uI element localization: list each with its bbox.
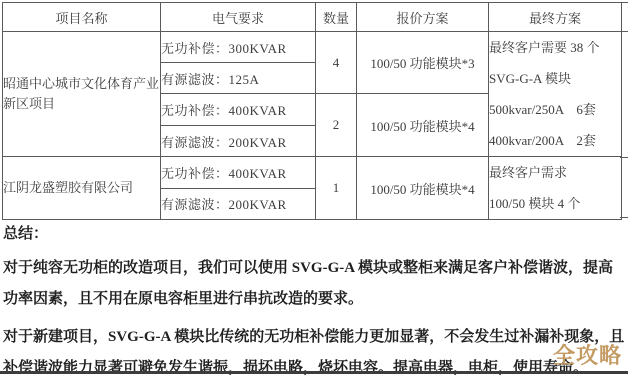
summary-paragraph-retrofit: 对于纯容无功柜的改造项目，我们可以使用 SVG-G-A 模块或整柜来满足客户补偿… [3, 253, 625, 314]
border-stub [620, 2, 628, 3]
border-stub [620, 31, 628, 32]
final-plan-line: SVG-G-A 模块 [489, 63, 621, 94]
project1-req1-line1: 无功补偿：300KVAR [161, 32, 316, 63]
project1-group2-qty: 2 [316, 94, 357, 157]
summary-section: 总结： 对于纯容无功柜的改造项目，我们可以使用 SVG-G-A 模块或整柜来满足… [3, 224, 625, 375]
project-quote-table: 项目名称 电气要求 数量 报价方案 最终方案 昭通中心城市文化体育产业新区项目 … [2, 2, 622, 220]
project2-name-cell: 江阴龙盛塑胶有限公司 [3, 157, 161, 220]
project1-req2-line1: 无功补偿：400KVAR [161, 94, 316, 126]
bottom-divider [0, 371, 628, 374]
final-plan-line: 500kvar/250A 6套 [489, 94, 621, 125]
project2-req-line1: 无功补偿：400KVAR [161, 157, 316, 189]
project2-req-line2: 有源滤波：200KVAR [161, 188, 316, 220]
header-quantity: 数量 [316, 3, 357, 32]
project2-qty: 1 [316, 157, 357, 220]
project1-group1-qty: 4 [316, 32, 357, 94]
border-stub [620, 157, 628, 158]
table-row: 昭通中心城市文化体育产业新区项目 无功补偿：300KVAR 4 100/50 功… [3, 32, 622, 63]
table-header-row: 项目名称 电气要求 数量 报价方案 最终方案 [3, 3, 622, 32]
final-plan-line: 100/50 模块 4 个 [489, 188, 621, 219]
summary-title: 总结： [3, 224, 625, 245]
header-final-plan: 最终方案 [489, 3, 622, 32]
project2-quote: 100/50 功能模块*4 [357, 157, 489, 220]
header-quote-plan: 报价方案 [357, 3, 489, 32]
project1-group2-quote: 100/50 功能模块*4 [357, 94, 489, 157]
watermark-logo: 全攻略 [553, 339, 622, 370]
summary-paragraph-newbuild: 对于新建项目，SVG-G-A 模块比传统的无功柜补偿能力更加显著，不会发生过补漏… [3, 322, 625, 375]
final-plan-line: 最终客户需要 38 个 [489, 32, 621, 63]
project2-final-cell: 最终客户需求 100/50 模块 4 个 [489, 157, 622, 220]
final-plan-line: 400kvar/200A 2套 [489, 125, 621, 156]
project1-req1-line2: 有源滤波：125A [161, 63, 316, 94]
project1-final-cell: 最终客户需要 38 个 SVG-G-A 模块 500kvar/250A 6套 4… [489, 32, 622, 157]
header-project-name: 项目名称 [3, 3, 161, 32]
table-row: 江阴龙盛塑胶有限公司 无功补偿：400KVAR 1 100/50 功能模块*4 … [3, 157, 622, 189]
project1-name-cell: 昭通中心城市文化体育产业新区项目 [3, 32, 161, 157]
final-plan-line: 最终客户需求 [489, 157, 621, 188]
project1-req2-line2: 有源滤波：200KVAR [161, 126, 316, 157]
border-stub [620, 217, 628, 218]
project1-group1-quote: 100/50 功能模块*3 [357, 32, 489, 94]
header-electrical-req: 电气要求 [161, 3, 316, 32]
